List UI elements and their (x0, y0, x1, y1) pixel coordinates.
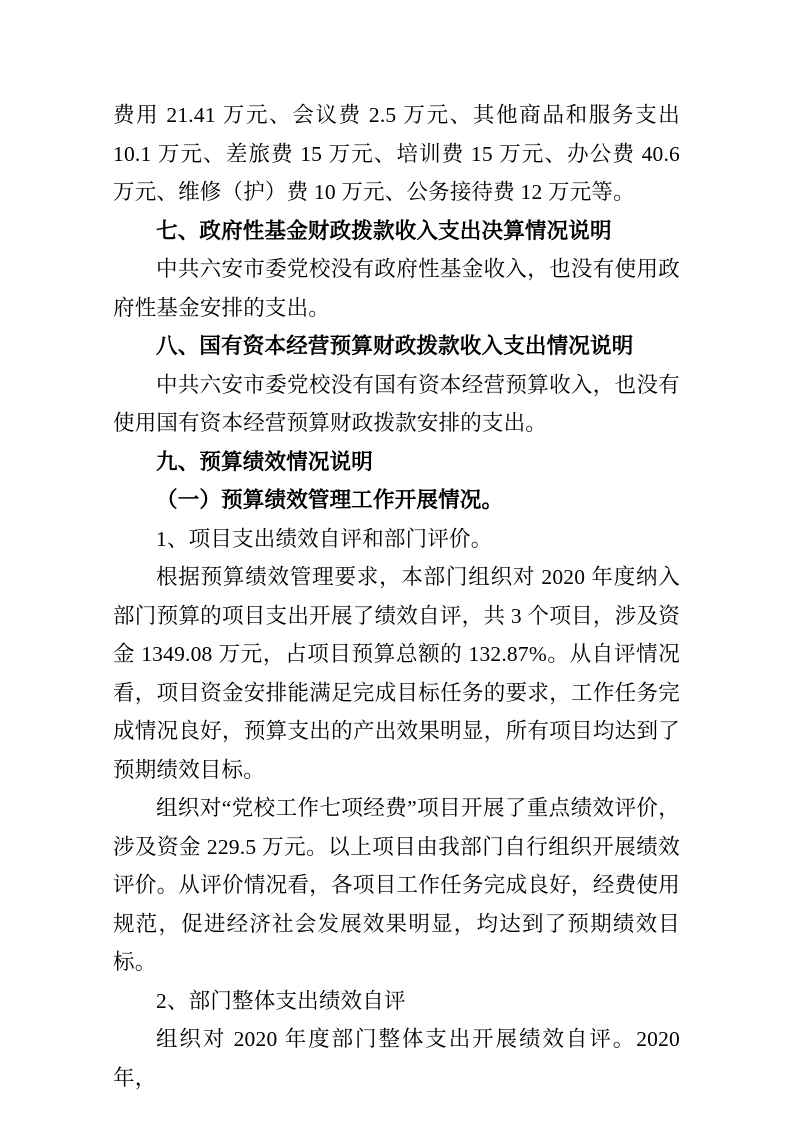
section-7-heading: 七、政府性基金财政拨款收入支出决算情况说明 (113, 212, 680, 251)
continuation-paragraph-expenses: 费用 21.41 万元、会议费 2.5 万元、其他商品和服务支出 10.1 万元… (113, 96, 680, 212)
item-1-body-key-evaluation: 组织对“党校工作七项经费”项目开展了重点绩效评价，涉及资金 229.5 万元。以… (113, 789, 680, 982)
section-9-heading: 九、预算绩效情况说明 (113, 443, 680, 482)
document-text-block: 费用 21.41 万元、会议费 2.5 万元、其他商品和服务支出 10.1 万元… (113, 0, 680, 1097)
document-page: 费用 21.41 万元、会议费 2.5 万元、其他商品和服务支出 10.1 万元… (0, 0, 793, 1122)
section-8-body: 中共六安市委党校没有国有资本经营预算收入，也没有使用国有资本经营预算财政拨款安排… (113, 366, 680, 443)
section-7-body: 中共六安市委党校没有政府性基金收入，也没有使用政府性基金安排的支出。 (113, 250, 680, 327)
item-1-body-self-evaluation: 根据预算绩效管理要求，本部门组织对 2020 年度纳入部门预算的项目支出开展了绩… (113, 558, 680, 789)
item-1-heading: 1、项目支出绩效自评和部门评价。 (113, 520, 680, 559)
section-9-subsection-1-heading: （一）预算绩效管理工作开展情况。 (113, 481, 680, 520)
section-8-heading: 八、国有资本经营预算财政拨款收入支出情况说明 (113, 327, 680, 366)
item-2-heading: 2、部门整体支出绩效自评 (113, 982, 680, 1021)
item-2-body-cutoff: 组织对 2020 年度部门整体支出开展绩效自评。2020 年， (113, 1020, 680, 1097)
